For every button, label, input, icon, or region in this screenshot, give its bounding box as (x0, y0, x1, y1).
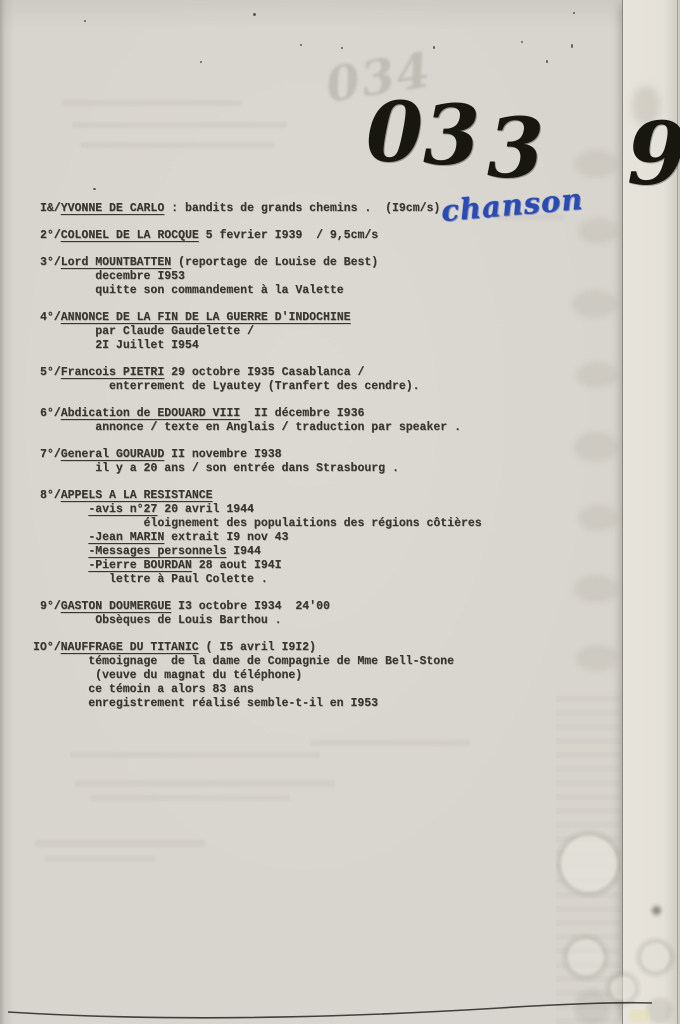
underlined-text: Lord MOUNTBATTEN (61, 256, 171, 269)
list-item: 7°/General GOURAUD II novembre I938 il y… (40, 448, 482, 476)
typed-text: ( I5 avril I9I2) (199, 641, 316, 654)
typed-line: annonce / texte en Anglais / traduction … (40, 421, 482, 435)
underlined-text: -Pierre BOURDAN (88, 559, 192, 572)
typed-text: 29 octobre I935 Casablanca / (164, 366, 364, 379)
typed-text: lettre à Paul Colette . (40, 573, 268, 586)
typed-line: enterrement de Lyautey (Tranfert des cen… (40, 380, 482, 394)
underlined-text: -Jean MARIN (88, 531, 164, 544)
underlined-text: NAUFFRAGE DU TITANIC (61, 641, 199, 654)
underlined-text: APPELS A LA RESISTANCE (61, 489, 213, 502)
typed-text: il y a 20 ans / son entrée dans Strasbou… (40, 462, 399, 475)
typed-text: extrait I9 nov 43 (164, 531, 288, 544)
typed-text: 3°/ (40, 256, 61, 269)
bottom-page-edge-curve (0, 990, 680, 1024)
typed-line: 6°/Abdication de EDOUARD VIII II décembr… (40, 407, 482, 421)
typed-text: : bandits de grands chemins . (I9cm/s) (164, 202, 440, 215)
dust-speck (571, 44, 573, 48)
ghost-blotch (578, 218, 618, 244)
dust-speck (546, 60, 548, 63)
typed-text: 28 aout I94I (192, 559, 282, 572)
typed-text: 9°/ (40, 600, 61, 613)
typed-text: enterrement de Lyautey (Tranfert des cen… (40, 380, 420, 393)
typed-text: (veuve du magnat du téléphone) (33, 669, 302, 682)
typed-text: ce témoin a alors 83 ans (33, 683, 254, 696)
typed-text: 20 avril 1944 (157, 503, 254, 516)
typed-text: II décembre I936 (240, 407, 364, 420)
typed-line: (veuve du magnat du téléphone) (33, 669, 482, 683)
typed-text (40, 559, 88, 572)
typed-line: -Pierre BOURDAN 28 aout I94I (40, 559, 482, 573)
ghost-blotch (574, 575, 618, 603)
archive-number-stamp: 033 (366, 92, 542, 174)
typed-line: 4°/ANNONCE DE LA FIN DE LA GUERRE D'INDO… (40, 311, 482, 325)
list-item: IO°/NAUFFRAGE DU TITANIC ( I5 avril I9I2… (33, 641, 482, 711)
list-item: 2°/COLONEL DE LA ROCQUE 5 fevrier I939 /… (40, 229, 482, 243)
bleed-through-smudge (70, 752, 320, 758)
typed-line: enregistrement réalisé semble-t-il en I9… (33, 697, 482, 711)
underlined-text: COLONEL DE LA ROCQUE (61, 229, 199, 242)
bleed-through-smudge (35, 840, 205, 847)
typed-text: annonce / texte en Anglais / traduction … (40, 421, 461, 434)
typed-line: Obsèques de Louis Barthou . (40, 614, 482, 628)
typed-line: il y a 20 ans / son entrée dans Strasbou… (40, 462, 482, 476)
typed-line: éloignement des populaitions des régions… (40, 517, 482, 531)
ghost-blotch (578, 505, 618, 531)
bleed-through-smudge (72, 122, 287, 128)
typed-line: -avis n°27 20 avril 1944 (40, 503, 482, 517)
side-page-number-stamp: 9 (627, 112, 680, 198)
typed-text: témoignage de la dame de Compagnie de Mm… (33, 655, 454, 668)
ghost-blotch (576, 645, 618, 671)
typed-text: 6°/ (40, 407, 61, 420)
typed-line: quitte son commandement à la Valette (40, 284, 482, 298)
underlined-text: GASTON DOUMERGUE (61, 600, 171, 613)
stamp-digit: 0 (366, 92, 421, 174)
list-item: 5°/Francois PIETRI 29 octobre I935 Casab… (40, 366, 482, 394)
list-item: 4°/ANNONCE DE LA FIN DE LA GUERRE D'INDO… (40, 311, 482, 353)
stamp-digit: 3 (487, 108, 542, 190)
underlined-text: -Messages personnels (88, 545, 226, 558)
typed-text (40, 531, 88, 544)
typed-line: IO°/NAUFFRAGE DU TITANIC ( I5 avril I9I2… (33, 641, 482, 655)
typed-text: decembre I953 (40, 270, 185, 283)
typed-text: 4°/ (40, 311, 61, 324)
underlined-text: Francois PIETRI (61, 366, 165, 379)
stamp-digit: 3 (423, 95, 478, 177)
bleed-through-smudge (62, 100, 242, 106)
bleed-through-smudge (90, 795, 290, 801)
list-item: 9°/GASTON DOUMERGUE I3 octobre I934 24'0… (40, 600, 482, 628)
ink-smudge-dot (652, 906, 661, 915)
typed-line: -Jean MARIN extrait I9 nov 43 (40, 531, 482, 545)
dust-speck (253, 13, 256, 16)
dust-speck (341, 47, 343, 49)
typed-text: 5°/ (40, 366, 61, 379)
typed-text (40, 545, 88, 558)
list-item: I&/YVONNE DE CARLO : bandits de grands c… (40, 202, 482, 216)
typed-line: 5°/Francois PIETRI 29 octobre I935 Casab… (40, 366, 482, 380)
dust-speck (573, 12, 575, 14)
underlined-text: -avis n°27 (88, 503, 157, 516)
typed-text: 2°/ (40, 229, 61, 242)
list-item: 6°/Abdication de EDOUARD VIII II décembr… (40, 407, 482, 435)
bleed-through-smudge (495, 214, 565, 220)
bleed-through-smudge (80, 142, 275, 148)
ghost-blotch (572, 290, 618, 318)
typed-text: I3 octobre I934 24'00 (171, 600, 330, 613)
typed-text: I&/ (40, 202, 61, 215)
typed-line: 2I Juillet I954 (40, 339, 482, 353)
typed-line: témoignage de la dame de Compagnie de Mm… (33, 655, 482, 669)
scanned-page: 034 033 9 chanson I&/YVONNE DE CARLO : b… (0, 0, 680, 1024)
typed-text: éloignement des populaitions des régions… (40, 517, 482, 530)
typed-text: (reportage de Louise de Best) (171, 256, 378, 269)
typed-line: 9°/GASTON DOUMERGUE I3 octobre I934 24'0… (40, 600, 482, 614)
dust-speck (433, 46, 435, 49)
dust-speck (521, 41, 523, 43)
underlined-text: YVONNE DE CARLO (61, 202, 165, 215)
typed-text: 2I Juillet I954 (40, 339, 199, 352)
ghost-blotch (574, 432, 618, 462)
dust-speck (200, 61, 202, 63)
typed-line: 7°/General GOURAUD II novembre I938 (40, 448, 482, 462)
list-item: 3°/Lord MOUNTBATTEN (reportage de Louise… (40, 256, 482, 298)
bleed-through-smudge (75, 780, 335, 787)
typed-text: II novembre I938 (164, 448, 281, 461)
underlined-text: ANNONCE DE LA FIN DE LA GUERRE D'INDOCHI… (61, 311, 351, 324)
typed-text: quitte son commandement à la Valette (40, 284, 344, 297)
typed-line: par Claude Gaudelette / (40, 325, 482, 339)
typed-text: I944 (226, 545, 261, 558)
dust-speck (300, 44, 302, 46)
dust-speck (93, 188, 96, 190)
ghost-blotch (574, 150, 618, 178)
typed-line: 2°/COLONEL DE LA ROCQUE 5 fevrier I939 /… (40, 229, 482, 243)
typed-line: ce témoin a alors 83 ans (33, 683, 482, 697)
typed-list: I&/YVONNE DE CARLO : bandits de grands c… (40, 202, 482, 724)
typed-text: 7°/ (40, 448, 61, 461)
typed-text (40, 503, 88, 516)
dust-speck (84, 20, 86, 22)
typed-text: 5 fevrier I939 / 9,5cm/s (199, 229, 378, 242)
typed-line: 8°/APPELS A LA RESISTANCE (40, 489, 482, 503)
typed-text: 8°/ (40, 489, 61, 502)
typed-line: I&/YVONNE DE CARLO : bandits de grands c… (40, 202, 482, 216)
ghost-blotch (576, 362, 618, 388)
typed-text: IO°/ (33, 641, 61, 654)
typed-text: Obsèques de Louis Barthou . (40, 614, 282, 627)
bleed-through-smudge (45, 856, 155, 862)
bleed-through-smudge (310, 740, 470, 746)
typed-line: decembre I953 (40, 270, 482, 284)
typed-line: lettre à Paul Colette . (40, 573, 482, 587)
typed-line: 3°/Lord MOUNTBATTEN (reportage de Louise… (40, 256, 482, 270)
underlined-text: General GOURAUD (61, 448, 165, 461)
typed-line: -Messages personnels I944 (40, 545, 482, 559)
typed-text: enregistrement réalisé semble-t-il en I9… (33, 697, 378, 710)
list-item: 8°/APPELS A LA RESISTANCE -avis n°27 20 … (40, 489, 482, 587)
typed-text: par Claude Gaudelette / (40, 325, 254, 338)
underlined-text: Abdication de EDOUARD VIII (61, 407, 240, 420)
